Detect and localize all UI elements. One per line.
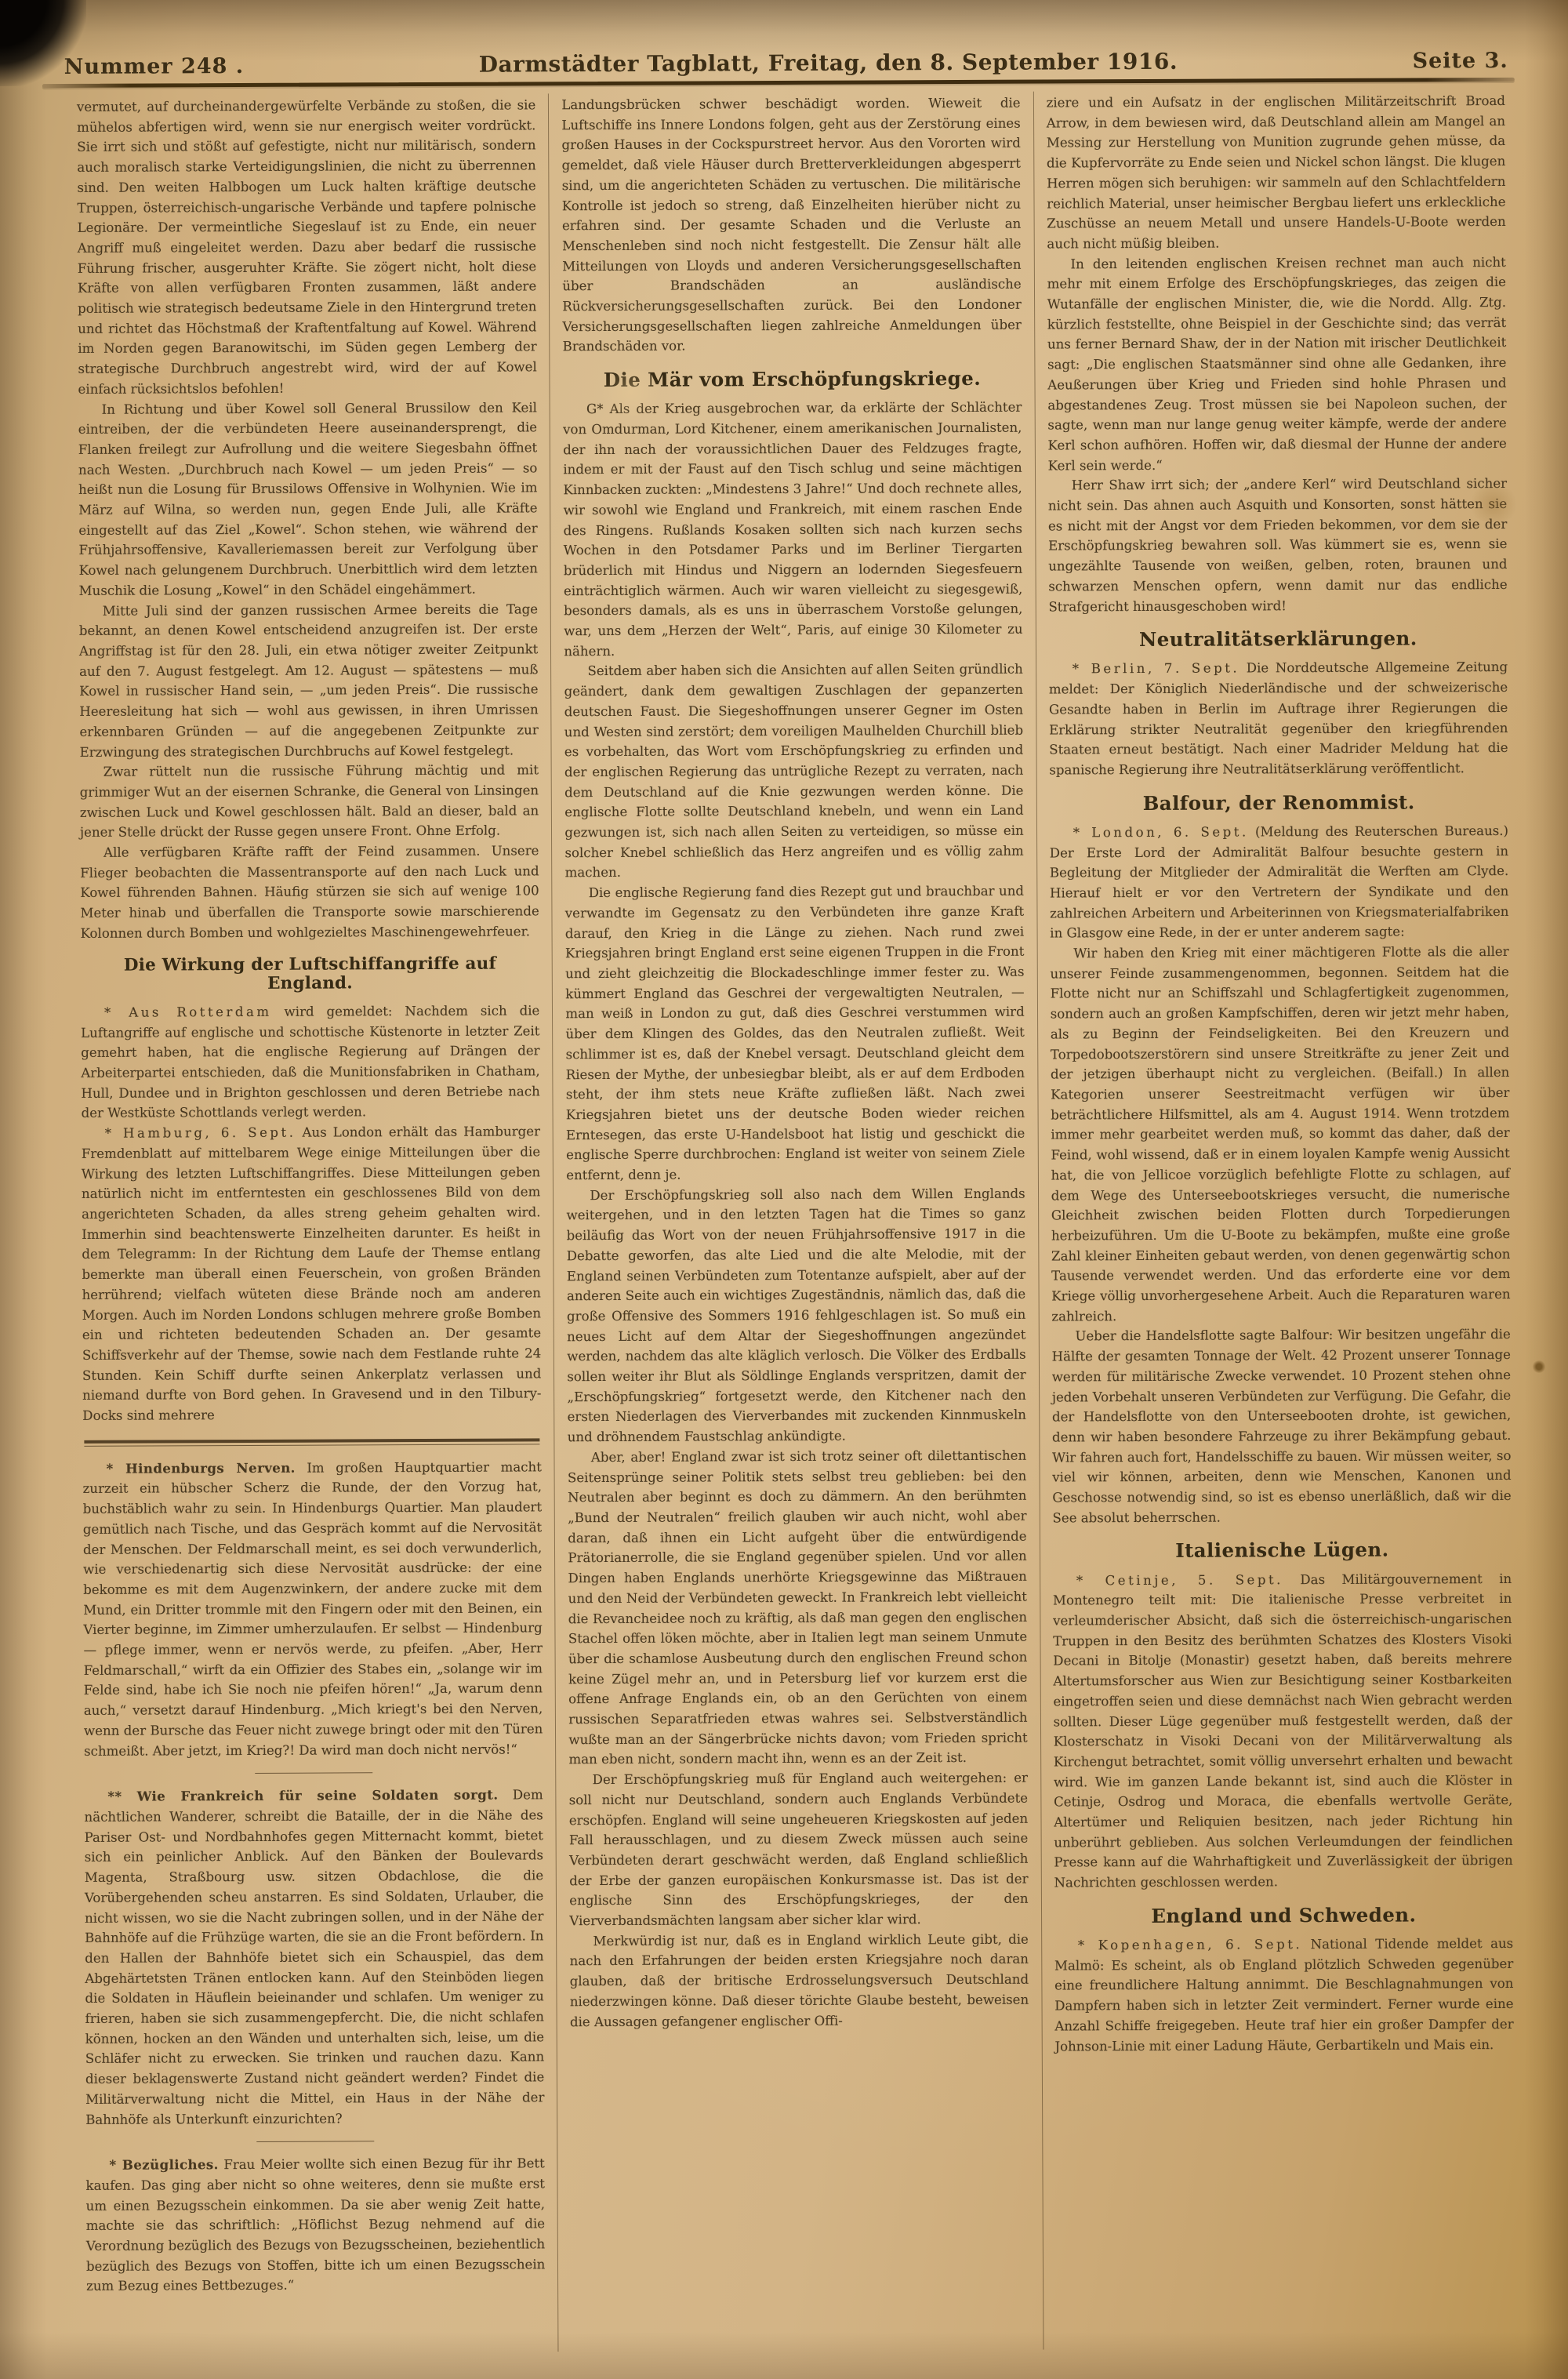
paragraph-lead: * Bezügliches. bbox=[109, 2156, 218, 2173]
dateline: * London, 6. Sept. bbox=[1073, 824, 1249, 840]
article-paragraph: Zwar rüttelt nun die russische Führung m… bbox=[80, 761, 539, 843]
article-paragraph: * Hamburg, 6. Sept. Aus London erhält da… bbox=[82, 1122, 542, 1426]
article-paragraph: * Hindenburgs Nerven. Im großen Hauptqua… bbox=[82, 1457, 543, 1761]
article-paragraph: * Berlin, 7. Sept. Die Norddeutsche Allg… bbox=[1049, 657, 1508, 780]
paragraph-text: Dem nächtlichen Wanderer, schreibt die B… bbox=[84, 1788, 544, 2127]
paragraph-text: Im großen Hauptquartier macht zurzeit ei… bbox=[83, 1459, 543, 1758]
article-paragraph: Merkwürdig ist nur, daß es in England wi… bbox=[569, 1929, 1029, 2032]
article-paragraph: G* Als der Krieg ausgebrochen war, da er… bbox=[563, 398, 1023, 662]
article-paragraph: Herr Shaw irrt sich; der „andere Kerl“ w… bbox=[1048, 474, 1508, 616]
article-paragraph: In Richtung und über Kowel soll General … bbox=[78, 398, 538, 601]
paragraph-lead: ** Wie Frankreich für seine Soldaten sor… bbox=[107, 1787, 498, 1804]
article-paragraph: Ueber die Handelsflotte sagte Balfour: W… bbox=[1051, 1324, 1511, 1528]
article-paragraph: Der Erschöpfungskrieg muß für England au… bbox=[569, 1768, 1029, 1931]
newspaper-page: Nummer 248 . Darmstädter Tagblatt, Freit… bbox=[0, 0, 1568, 2379]
article-paragraph: Der Erschöpfungskrieg soll also nach dem… bbox=[566, 1183, 1026, 1447]
page-number: Seite 3. bbox=[1412, 49, 1508, 74]
article-paragraph: Wir haben den Krieg mit einer mächtigere… bbox=[1050, 942, 1510, 1327]
column-3: ziere und ein Aufsatz in der englischen … bbox=[1034, 89, 1528, 2350]
masthead-title: Darmstädter Tagblatt, Freitag, den 8. Se… bbox=[244, 47, 1413, 78]
article-paragraph: * Kopenhagen, 6. Sept. National Tidende … bbox=[1054, 1934, 1514, 2057]
issue-number: Nummer 248 . bbox=[64, 54, 245, 79]
article-headline: Italienische Lügen. bbox=[1053, 1538, 1512, 1563]
article-columns: vermutet, auf durcheinandergewürfelte Ve… bbox=[64, 89, 1528, 2354]
article-paragraph: Alle verfügbaren Kräfte rafft der Feind … bbox=[80, 841, 539, 943]
paragraph-text: wird gemeldet: Nachdem sich die Luftangr… bbox=[81, 1003, 540, 1120]
section-divider-rule bbox=[84, 1438, 539, 1447]
paragraph-text: Aus London erhält das Hamburger Fremdenb… bbox=[82, 1124, 542, 1423]
column-2: Landungsbrücken schwer beschädigt worden… bbox=[548, 92, 1044, 2352]
paragraph-text: Frau Meier wollte sich einen Bezug für i… bbox=[85, 2156, 545, 2294]
article-paragraph: vermutet, auf durcheinandergewürfelte Ve… bbox=[77, 95, 537, 399]
paragraph-text: (Meldung des Reuterschen Bureaus.) Der E… bbox=[1050, 823, 1509, 941]
article-headline: England und Schweden. bbox=[1054, 1904, 1513, 1928]
article-paragraph: ziere und ein Aufsatz in der englischen … bbox=[1047, 91, 1506, 254]
article-paragraph: * London, 6. Sept. (Meldung des Reutersc… bbox=[1050, 821, 1509, 944]
page-header: Nummer 248 . Darmstädter Tagblatt, Freit… bbox=[64, 47, 1508, 79]
article-paragraph: Die englische Regierung fand dies Rezept… bbox=[565, 881, 1025, 1186]
dateline: * Aus Rotterdam bbox=[104, 1004, 272, 1020]
article-paragraph: * Cetinje, 5. Sept. Das Militärgouvernem… bbox=[1053, 1569, 1513, 1894]
dateline: * Cetinje, 5. Sept. bbox=[1076, 1572, 1283, 1588]
article-headline: Neutralitätserklärungen. bbox=[1049, 627, 1508, 652]
paragraph-lead: * Hindenburgs Nerven. bbox=[106, 1459, 295, 1476]
article-paragraph: ** Wie Frankreich für seine Soldaten sor… bbox=[84, 1785, 544, 2130]
article-paragraph: Landungsbrücken schwer beschädigt worden… bbox=[561, 93, 1022, 358]
header-rule bbox=[42, 78, 1515, 88]
dateline: * Berlin, 7. Sept. bbox=[1073, 661, 1240, 677]
paragraph-text: Das Militärgouvernement in Montenegro te… bbox=[1053, 1571, 1513, 1890]
article-paragraph: In den leitenden englischen Kreisen rech… bbox=[1047, 252, 1507, 476]
short-divider-rule bbox=[256, 2141, 374, 2143]
article-paragraph: * Aus Rotterdam wird gemeldet: Nachdem s… bbox=[81, 1001, 540, 1124]
paragraph-text: National Tidende meldet aus Malmö: Es sc… bbox=[1054, 1936, 1514, 2054]
article-paragraph: Mitte Juli sind der ganzen russischen Ar… bbox=[79, 599, 539, 762]
article-paragraph: * Bezügliches. Frau Meier wollte sich ei… bbox=[85, 2154, 545, 2297]
article-paragraph: Seitdem aber haben sich die Ansichten au… bbox=[564, 659, 1024, 883]
short-divider-rule bbox=[255, 1773, 372, 1774]
article-paragraph: Aber, aber! England zwar ist sich trotz … bbox=[568, 1446, 1028, 1771]
article-headline: Die Mär vom Erschöpfungskriege. bbox=[563, 368, 1022, 392]
column-1: vermutet, auf durcheinandergewürfelte Ve… bbox=[64, 93, 558, 2354]
dateline: * Kopenhagen, 6. Sept. bbox=[1078, 1937, 1302, 1952]
paragraph-text: Die Norddeutsche Allgemeine Zeitung meld… bbox=[1049, 659, 1508, 777]
article-headline: Die Wirkung der Luftschiffangriffe auf E… bbox=[81, 954, 540, 995]
dateline: * Hamburg, 6. Sept. bbox=[105, 1125, 296, 1141]
article-headline: Balfour, der Renommist. bbox=[1049, 791, 1508, 815]
